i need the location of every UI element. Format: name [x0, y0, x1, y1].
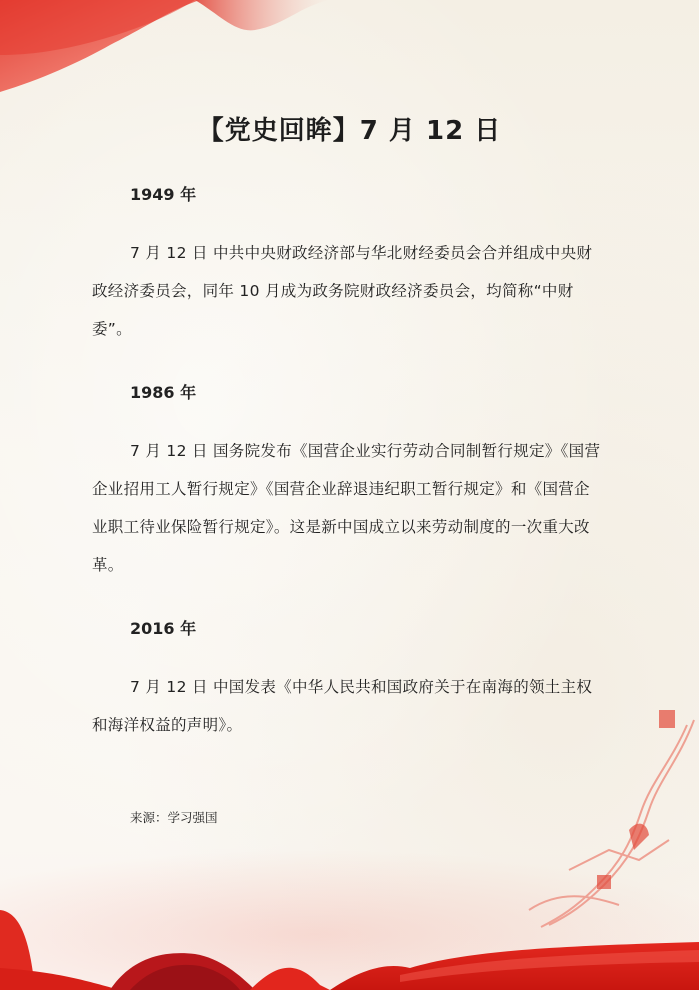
page-title: 【党史回眸】7 月 12 日	[0, 110, 699, 147]
article-body: 1949 年 7 月 12 日 中共中央财政经济部与华北财经委员会合并组成中央财…	[92, 180, 602, 744]
entry-text: 7 月 12 日 中共中央财政经济部与华北财经委员会合并组成中央财政经济委员会，…	[92, 234, 602, 348]
entry-year: 1986 年	[130, 378, 602, 408]
entry-year: 1949 年	[130, 180, 602, 210]
red-ribbon-top-decoration	[0, 0, 699, 110]
entry-text: 7 月 12 日 国务院发布《国营企业实行劳动合同制暂行规定》《国营企业招用工人…	[92, 432, 602, 584]
red-ribbon-bottom-decoration	[0, 850, 699, 990]
source-credit: 来源：学习强国	[130, 808, 218, 826]
entry-text: 7 月 12 日 中国发表《中华人民共和国政府关于在南海的领土主权和海洋权益的声…	[92, 668, 602, 744]
entry-year: 2016 年	[130, 614, 602, 644]
